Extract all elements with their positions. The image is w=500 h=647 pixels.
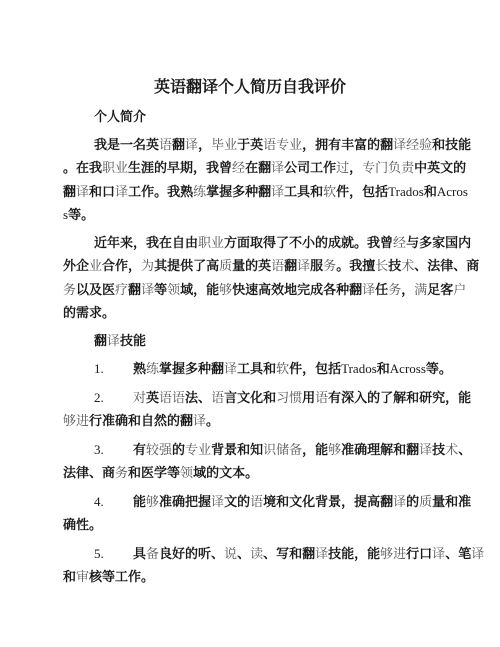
list-item-number: 5. — [94, 542, 133, 566]
text-run: 译 — [271, 184, 284, 199]
list-item-number: 3. — [94, 438, 133, 462]
document-body: 个人简介我是一名英语翻译，毕业于英语专业，拥有丰富的翻译经验和技能。在我职业生涯… — [63, 105, 472, 589]
text-run: 译经验 — [393, 137, 432, 152]
text-run: 技能 — [120, 333, 146, 348]
text-run: 、写和翻 — [263, 546, 315, 561]
text-run: 语 — [250, 494, 263, 509]
text-run: 软 — [276, 361, 289, 376]
text-line: 。在我职业生涯的早期，我曾经在翻译公司工作过，专门负责中英文的 — [63, 156, 472, 180]
text-run: 的 — [406, 494, 419, 509]
paragraph: 我是一名英语翻译，毕业于英语专业，拥有丰富的翻译经验和技能。在我职业生涯的早期，… — [63, 133, 472, 227]
text-line: 我是一名英语翻译，毕业于英语专业，拥有丰富的翻译经验和技能 — [63, 133, 472, 157]
text-run: 习惯 — [276, 390, 302, 405]
text-run: 译 — [76, 184, 89, 199]
text-run: 语 — [315, 390, 328, 405]
list-item-number: 4. — [94, 490, 133, 514]
text-run: ，能 — [302, 442, 328, 457]
text-run: Trados — [341, 361, 377, 376]
text-run: 准确理解和翻 — [341, 442, 419, 457]
text-run: 行准确和自然的翻 — [89, 413, 193, 428]
text-run: 职业 — [102, 160, 128, 175]
text-run: 方面取得了不小的成就。我曾 — [224, 235, 393, 250]
list-item-number: 2. — [94, 386, 133, 410]
text-run: 、笔 — [445, 546, 471, 561]
text-run: 和 — [63, 569, 76, 584]
text-run: 确性。 — [63, 517, 102, 532]
text-run: 满 — [414, 282, 427, 297]
text-run: 审 — [76, 569, 89, 584]
text-line: s等。 — [63, 203, 472, 227]
text-run: 。 — [206, 413, 219, 428]
text-run: 工具和 — [284, 184, 323, 199]
text-run: ， — [401, 282, 414, 297]
text-run: 背景和知 — [211, 442, 263, 457]
text-run: 较强 — [146, 442, 172, 457]
text-run: 经 — [393, 235, 406, 250]
text-run: 译 — [115, 184, 128, 199]
text-run: 以及医 — [76, 282, 115, 297]
text-run: 用 — [302, 390, 315, 405]
text-run: ， — [349, 160, 362, 175]
text-run: 足客 — [427, 282, 453, 297]
text-run: 务 — [115, 465, 128, 480]
text-line: 确性。 — [63, 513, 472, 537]
text-run: 和医学等 — [128, 465, 180, 480]
text-line: 够进行准确和自然的翻译。 — [63, 409, 472, 433]
text-run: 户 — [453, 282, 466, 297]
text-run: 翻 — [63, 184, 76, 199]
text-run: 行口 — [406, 546, 432, 561]
text-run: 译 — [315, 546, 328, 561]
text-run: 和技能 — [432, 137, 471, 152]
text-run: 法、 — [185, 390, 211, 405]
text-run: 法律、商 — [63, 465, 115, 480]
text-run: 译 — [297, 258, 310, 273]
paragraph: 近年来，我在自由职业方面取得了不小的成就。我曾经与多家国内外企业合作，为其提供了… — [63, 231, 472, 325]
text-run: 等。 — [68, 207, 94, 222]
section-heading: 个人简介 — [63, 105, 472, 129]
text-run: 文的 — [224, 494, 250, 509]
text-run: 经 — [232, 160, 245, 175]
text-run: Trados — [388, 184, 424, 199]
text-run: 的需求。 — [63, 305, 115, 320]
document-title: 英语翻译个人简历自我评价 — [63, 75, 437, 101]
text-run: 够进 — [380, 546, 406, 561]
list-item: 2.对英语语法、语言文化和习惯用语有深入的了解和研究，能够进行准确和自然的翻译。 — [63, 386, 472, 433]
text-run: 域的文本。 — [193, 465, 258, 480]
text-run: 我是一名英 — [94, 137, 159, 152]
text-run: 在翻 — [245, 160, 271, 175]
text-line: 近年来，我在自由职业方面取得了不小的成就。我曾经与多家国内 — [63, 231, 472, 255]
text-run: 有深入的了解和研究，能 — [328, 390, 471, 405]
text-run: 其提供了高 — [154, 258, 219, 273]
text-run: 译 — [419, 442, 432, 457]
text-run: 对 — [133, 390, 146, 405]
text-run: 外企 — [63, 258, 89, 273]
text-run: 业 — [89, 258, 102, 273]
text-run: 言文化和 — [224, 390, 276, 405]
text-run: 语 — [271, 258, 284, 273]
text-run: 翻 — [284, 258, 297, 273]
text-run: 软 — [323, 184, 336, 199]
text-run: 掌握多种翻 — [159, 361, 224, 376]
list-item-number: 1. — [94, 357, 133, 381]
text-run: 近年来，我在自由 — [94, 235, 198, 250]
list-item: 5.具备良好的听、说、读、写和翻译技能，能够进行口译、笔译和审核等工作。 — [63, 542, 472, 589]
text-run: 核等工作。 — [89, 569, 154, 584]
text-run: 量的英 — [232, 258, 271, 273]
list-item: 3.有较强的专业背景和知识储备，能够准确理解和翻译技术、法律、商务和医学等领域的… — [63, 438, 472, 485]
text-run: 职业 — [198, 235, 224, 250]
section-heading: 翻译技能 — [63, 329, 472, 353]
text-run: 过 — [336, 160, 349, 175]
text-run: 和 — [424, 184, 437, 199]
text-run: 件，包括 — [336, 184, 388, 199]
text-run: 识储备 — [263, 442, 302, 457]
text-run: 务 — [63, 282, 76, 297]
text-run: 与多家国内 — [406, 235, 471, 250]
text-run: 翻 — [94, 333, 107, 348]
text-run: 译 — [271, 160, 284, 175]
text-run: 专门负责 — [362, 160, 414, 175]
text-run: Across — [390, 361, 426, 376]
text-run: Acros — [437, 184, 468, 199]
text-run: 、 — [237, 546, 250, 561]
text-run: 、 — [458, 442, 471, 457]
text-run: 个人简介 — [94, 109, 146, 124]
text-line: 2.对英语语法、语言文化和习惯用语有深入的了解和研究，能 — [63, 386, 472, 410]
text-run: 领 — [167, 282, 180, 297]
text-run: 翻 — [128, 282, 141, 297]
text-run: 等。 — [426, 361, 452, 376]
text-run: 的 — [172, 442, 185, 457]
text-run: 领 — [180, 465, 193, 480]
text-line: 3.有较强的专业背景和知识储备，能够准确理解和翻译技术、 — [63, 438, 472, 462]
text-run: 工具和 — [237, 361, 276, 376]
list-item: 4.能够准确把握译文的语境和文化背景，提高翻译的质量和准确性。 — [63, 490, 472, 537]
text-run: 疗 — [115, 282, 128, 297]
text-run: 语语 — [159, 390, 185, 405]
text-run: 公司工作 — [284, 160, 336, 175]
text-run: 够 — [146, 494, 159, 509]
text-run: 专业 — [185, 442, 211, 457]
text-run: 长 — [375, 258, 388, 273]
text-run: 译 — [193, 413, 206, 428]
text-run: 良好的听、 — [159, 546, 224, 561]
text-run: 译 — [393, 494, 406, 509]
text-run: 和 — [377, 361, 390, 376]
text-line: 务以及医疗翻译等领域，能够快速高效地完成各种翻译任务，满足客户 — [63, 278, 472, 302]
text-run: 语 — [211, 390, 224, 405]
text-run: ， — [198, 137, 211, 152]
text-run: 境和文化背景，提高翻 — [263, 494, 393, 509]
text-run: 练 — [193, 184, 206, 199]
text-run: 语专业 — [263, 137, 302, 152]
text-line: 4.能够准确把握译文的语境和文化背景，提高翻译的质量和准 — [63, 490, 472, 514]
text-run: 量和准 — [432, 494, 471, 509]
text-line: 外企业合作，为其提供了高质量的英语翻译服务。我擅长技术、法律、商 — [63, 254, 472, 278]
text-line: 和审核等工作。 — [63, 565, 472, 589]
text-run: 为 — [141, 258, 154, 273]
text-run: 件，包括 — [289, 361, 341, 376]
text-run: 术 — [401, 258, 414, 273]
text-run: 具 — [133, 546, 146, 561]
text-run: 中英文的 — [414, 160, 466, 175]
list-item: 1.熟练掌握多种翻译工具和软件，包括Trados和Across等。 — [63, 357, 472, 381]
text-run: 技 — [388, 258, 401, 273]
text-line: 法律、商务和医学等领域的文本。 — [63, 461, 472, 485]
text-run: 务 — [323, 258, 336, 273]
text-run: 说 — [224, 546, 237, 561]
text-run: 够 — [328, 442, 341, 457]
text-run: ，拥有丰富的翻 — [302, 137, 393, 152]
text-run: 质 — [419, 494, 432, 509]
text-run: 工作。我熟 — [128, 184, 193, 199]
text-run: 。我擅 — [336, 258, 375, 273]
text-run: 术 — [445, 442, 458, 457]
text-run: 、法律、商 — [414, 258, 479, 273]
text-run: 和口 — [89, 184, 115, 199]
text-run: 等 — [154, 282, 167, 297]
text-run: 够进 — [63, 413, 89, 428]
text-run: 务 — [388, 282, 401, 297]
text-run: 译 — [224, 361, 237, 376]
text-run: 技 — [432, 442, 445, 457]
text-run: 快速高效地完成各种翻 — [232, 282, 362, 297]
text-line: 的需求。 — [63, 301, 472, 325]
text-run: 域，能 — [180, 282, 219, 297]
text-run: 翻 — [172, 137, 185, 152]
text-run: 备 — [146, 546, 159, 561]
text-run: 熟 — [133, 361, 146, 376]
text-run: 译 — [362, 282, 375, 297]
text-run: 译 — [211, 494, 224, 509]
text-run: 译 — [141, 282, 154, 297]
text-run: 译 — [185, 137, 198, 152]
text-run: 生涯的早期，我曾 — [128, 160, 232, 175]
text-run: 掌握多种翻 — [206, 184, 271, 199]
text-run: 语 — [159, 137, 172, 152]
text-run: 合作， — [102, 258, 141, 273]
text-run: 于英 — [237, 137, 263, 152]
text-run: 译 — [432, 546, 445, 561]
text-run: 技能，能 — [328, 546, 380, 561]
text-run: 译 — [471, 546, 484, 561]
text-run: 英 — [146, 390, 159, 405]
text-run: 毕业 — [211, 137, 237, 152]
text-line: 5.具备良好的听、说、读、写和翻译技能，能够进行口译、笔译 — [63, 542, 472, 566]
text-run: 。在我 — [63, 160, 102, 175]
text-line: 1.熟练掌握多种翻译工具和软件，包括Trados和Across等。 — [63, 357, 472, 381]
text-run: 有 — [133, 442, 146, 457]
document-page: 英语翻译个人简历自我评价 个人简介我是一名英语翻译，毕业于英语专业，拥有丰富的翻… — [0, 0, 500, 647]
text-run: 任 — [375, 282, 388, 297]
text-run: 质 — [219, 258, 232, 273]
text-run: 译 — [107, 333, 120, 348]
text-line: 翻译和口译工作。我熟练掌握多种翻译工具和软件，包括Trados和Acros — [63, 180, 472, 204]
text-run: 读 — [250, 546, 263, 561]
text-run: 练 — [146, 361, 159, 376]
text-run: 服 — [310, 258, 323, 273]
text-run: 准确把握 — [159, 494, 211, 509]
text-run: 够 — [219, 282, 232, 297]
text-run: 能 — [133, 494, 146, 509]
